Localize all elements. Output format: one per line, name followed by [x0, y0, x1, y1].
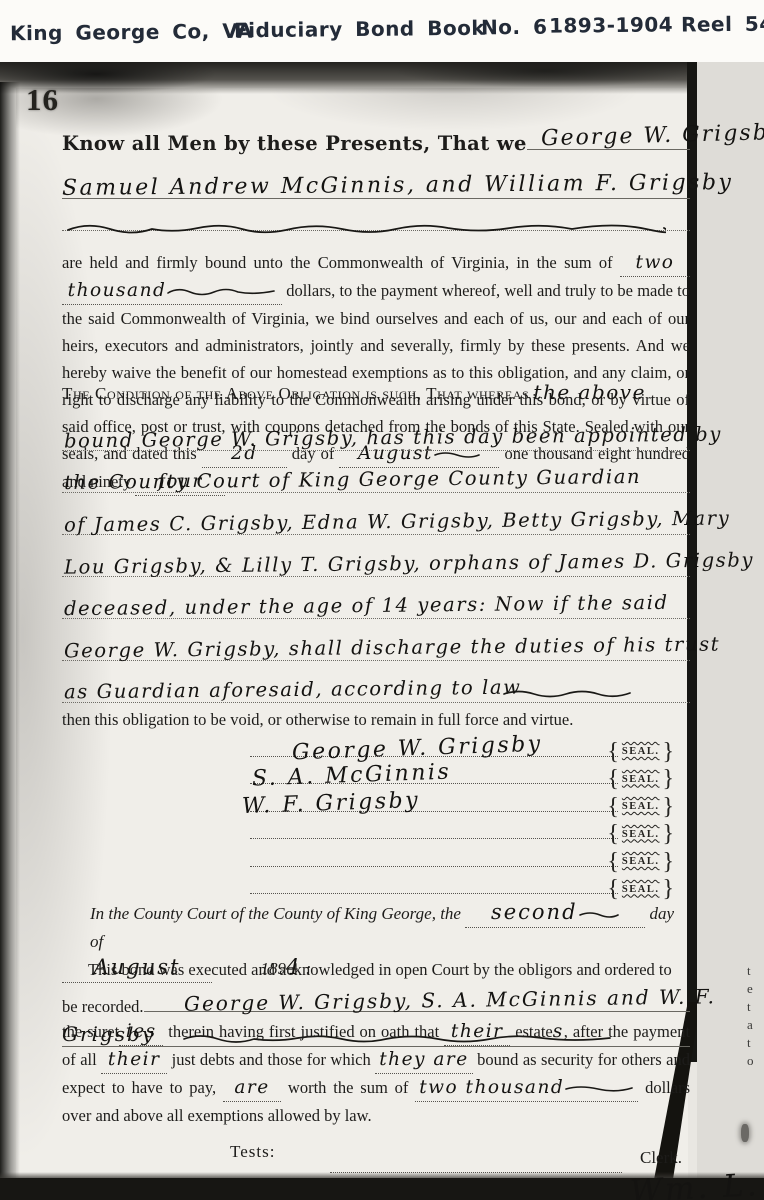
edge-letter: o: [747, 1052, 754, 1070]
ink-flourish: [564, 1083, 634, 1093]
seal-badge: {SEAL.}: [607, 797, 674, 817]
edge-letter: t: [747, 962, 754, 980]
opening-line-3: [62, 207, 690, 231]
sum-fill-2-wrap: thousand: [62, 277, 282, 305]
executed-printed: This bond was executed and acknowledged …: [88, 960, 672, 979]
surety-handwritten-6: are: [234, 1077, 269, 1098]
seal-brace-left: {: [607, 879, 619, 899]
surety-fill-2-wrap: their: [444, 1018, 510, 1046]
surety-printed-3: estate: [515, 1022, 553, 1041]
surety-fill-7-wrap: two thousand: [415, 1074, 638, 1102]
surety-handwritten-5: they are: [379, 1049, 468, 1070]
sum-handwritten-1: two: [636, 252, 675, 273]
handwritten-line: as Guardian aforesaid, according to law: [62, 661, 690, 703]
seal-badge: {SEAL.}: [607, 879, 674, 899]
executed-line-1: This bond was executed and acknowledged …: [62, 956, 690, 983]
surety-fill-5-wrap: they are: [375, 1046, 472, 1074]
tests-label: Tests:: [230, 1142, 275, 1162]
signature-line: [250, 866, 618, 867]
seal-brace-right: }: [662, 824, 674, 844]
signature-line: [250, 838, 618, 839]
surety-printed-2: therein having first justified on oath t…: [168, 1022, 439, 1041]
attestation-section: Tests: Wm. L. Brown Clerk.: [62, 1130, 690, 1190]
seal-brace-left: {: [607, 769, 619, 789]
handwritten-text: deceased, under the age of 14 years: Now…: [64, 592, 669, 618]
obligor-names-2: Samuel Andrew McGinnis, and William F. G…: [62, 172, 734, 200]
signature-row: {SEAL.}: [62, 817, 690, 845]
handwritten-line: George W. Grigsby, shall discharge the d…: [62, 619, 690, 661]
surety-printed-5: just debts and those for which: [172, 1050, 371, 1069]
seal-brace-left: {: [607, 742, 619, 762]
signature-row: George W. Grigsby {SEAL.}: [62, 734, 690, 762]
surety-handwritten-7: two thousand: [419, 1077, 564, 1098]
seal-brace-right: }: [662, 797, 674, 817]
seal-badge: {SEAL.}: [607, 824, 674, 844]
seal-label: SEAL.: [619, 853, 663, 870]
clerk-signature-line: Wm. L. Brown: [330, 1172, 622, 1173]
seal-badge: {SEAL.}: [607, 742, 674, 762]
executed-printed-2: be recorded.: [62, 993, 144, 1020]
handwritten-text: of James C. Grigsby, Edna W. Grigsby, Be…: [64, 508, 730, 534]
ink-flourish: [502, 688, 632, 698]
surety-handwritten-3: s: [553, 1021, 564, 1042]
handwritten-line: deceased, under the age of 14 years: Now…: [62, 577, 690, 619]
handwritten-text: as Guardian aforesaid, according to law: [64, 677, 522, 701]
seal-brace-right: }: [662, 852, 674, 872]
handwritten-text: the County Court of King George County G…: [64, 466, 641, 492]
surety-handwritten-2: their: [451, 1021, 504, 1042]
header-county-annotation: King George Co, VA: [10, 19, 253, 46]
court-day-fill-wrap: second: [465, 900, 645, 928]
surety-fill-6-wrap: are: [223, 1074, 281, 1102]
body-printed-1: are held and firmly bound unto the Commo…: [62, 253, 613, 272]
edge-letter: t: [747, 998, 754, 1016]
header-reel-annotation: Reel 54: [681, 12, 764, 37]
seal-brace-left: {: [607, 824, 619, 844]
seal-badge: {SEAL.}: [607, 769, 674, 789]
archival-header-strip: King George Co, VA Fiduciary Bond Book N…: [0, 0, 764, 62]
surety-justification-paragraph: the sureties therein having first justif…: [62, 1018, 690, 1129]
scanned-page: t e t a t o 16 Know all Men by these Pre…: [0, 62, 764, 1200]
signature-name: George W. Grigsby: [292, 733, 543, 764]
clerk-label: Clerk.: [640, 1148, 682, 1168]
handwritten-line: of James C. Grigsby, Edna W. Grigsby, Be…: [62, 493, 690, 535]
handwritten-text: bound George W. Grigsby, has this day be…: [64, 424, 722, 450]
handwritten-line: the County Court of King George County G…: [62, 451, 690, 493]
handwritten-line: Lou Grigsby, & Lilly T. Grigsby, orphans…: [62, 535, 690, 577]
seal-label: SEAL.: [619, 743, 663, 760]
seal-brace-right: }: [662, 769, 674, 789]
ink-flourish: [578, 909, 620, 919]
surety-handwritten-4: their: [108, 1049, 161, 1070]
signature-row: {SEAL.}: [62, 844, 690, 872]
closing-printed-text: then this obligation to be void, or othe…: [62, 710, 573, 729]
signature-name: S. A. McGinnis: [252, 762, 452, 791]
handwritten-text: George W. Grigsby, shall discharge the d…: [64, 634, 720, 660]
sum-fill-1-wrap: two: [620, 249, 690, 277]
right-margin-strip: t e t a t o: [697, 62, 764, 1200]
closing-clause: then this obligation to be void, or othe…: [62, 706, 690, 733]
surety-printed-7: worth the sum of: [288, 1078, 408, 1097]
handwritten-condition-body: bound George W. Grigsby, has this day be…: [62, 409, 690, 703]
opening-line-2: Samuel Andrew McGinnis, and William F. G…: [62, 167, 690, 199]
condition-handwritten: the above: [533, 380, 646, 404]
surety-fill-1-wrap: ies: [119, 1018, 163, 1046]
seal-brace-left: {: [607, 797, 619, 817]
sum-handwritten-2: thousand: [68, 280, 167, 301]
header-date-range-annotation: 1893-1904: [549, 12, 673, 37]
court-printed-1: In the County Court of the County of Kin…: [90, 904, 461, 923]
header-book-title-annotation: Fiduciary Bond Book: [234, 16, 485, 43]
surety-fill-4-wrap: their: [101, 1046, 167, 1074]
signature-row: W. F. Grigsby {SEAL.}: [62, 789, 690, 817]
opening-section: Know all Men by these Presents, That we …: [62, 120, 690, 231]
edge-letter: t: [747, 1034, 754, 1052]
signature-line: [250, 893, 618, 894]
signature-row: S. A. McGinnis {SEAL.}: [62, 762, 690, 790]
condition-printed-text: The Condition of the Above Obligation is…: [62, 384, 529, 403]
opening-printed-text: Know all Men by these Presents, That we: [62, 132, 527, 155]
handwritten-line: bound George W. Grigsby, has this day be…: [62, 409, 690, 451]
seal-label: SEAL.: [619, 881, 663, 898]
surety-printed-1: the suret: [62, 1022, 119, 1041]
seal-brace-right: }: [662, 879, 674, 899]
ink-flourish: [66, 219, 666, 235]
obligor-name-1: George W. Grigsby,: [541, 122, 764, 150]
obligors-ack-fill: George W. Grigsby, S. A. McGinnis and W.…: [144, 984, 690, 1012]
book-gutter-shadow: [0, 82, 20, 1182]
signature-row: {SEAL.}: [62, 872, 690, 900]
court-line-1: In the County Court of the County of Kin…: [62, 900, 690, 955]
adjacent-page-letter-fragments: t e t a t o: [747, 962, 754, 1070]
signature-block: George W. Grigsby {SEAL.} S. A. McGinnis…: [62, 734, 690, 899]
handwritten-text: Lou Grigsby, & Lilly T. Grigsby, orphans…: [64, 550, 754, 577]
ink-smudge: [741, 1124, 749, 1142]
header-book-number-annotation: No. 6: [481, 15, 548, 40]
ink-flourish: [166, 286, 276, 296]
seal-label: SEAL.: [619, 798, 663, 815]
page-number: 16: [26, 82, 59, 118]
edge-letter: e: [747, 980, 754, 998]
seal-label: SEAL.: [619, 826, 663, 843]
obligors-ack-names-1: George W. Grigsby, S. A. McGinnis and W.…: [183, 986, 715, 1013]
seal-brace-right: }: [662, 742, 674, 762]
opening-line-1: Know all Men by these Presents, That we …: [62, 120, 690, 155]
executed-line-2: be recorded. George W. Grigsby, S. A. Mc…: [62, 984, 690, 1020]
edge-letter: a: [747, 1016, 754, 1034]
seal-badge: {SEAL.}: [607, 852, 674, 872]
condition-clause: The Condition of the Above Obligation is…: [62, 380, 690, 407]
scan-top-blotch-right: [380, 62, 710, 98]
seal-label: SEAL.: [619, 771, 663, 788]
seal-brace-left: {: [607, 852, 619, 872]
obligor-fill-line: George W. Grigsby,: [527, 120, 690, 150]
signature-name: W. F. Grigsby: [242, 789, 421, 817]
surety-handwritten-1: ies: [126, 1021, 157, 1042]
court-day-handwritten: second: [491, 900, 578, 924]
